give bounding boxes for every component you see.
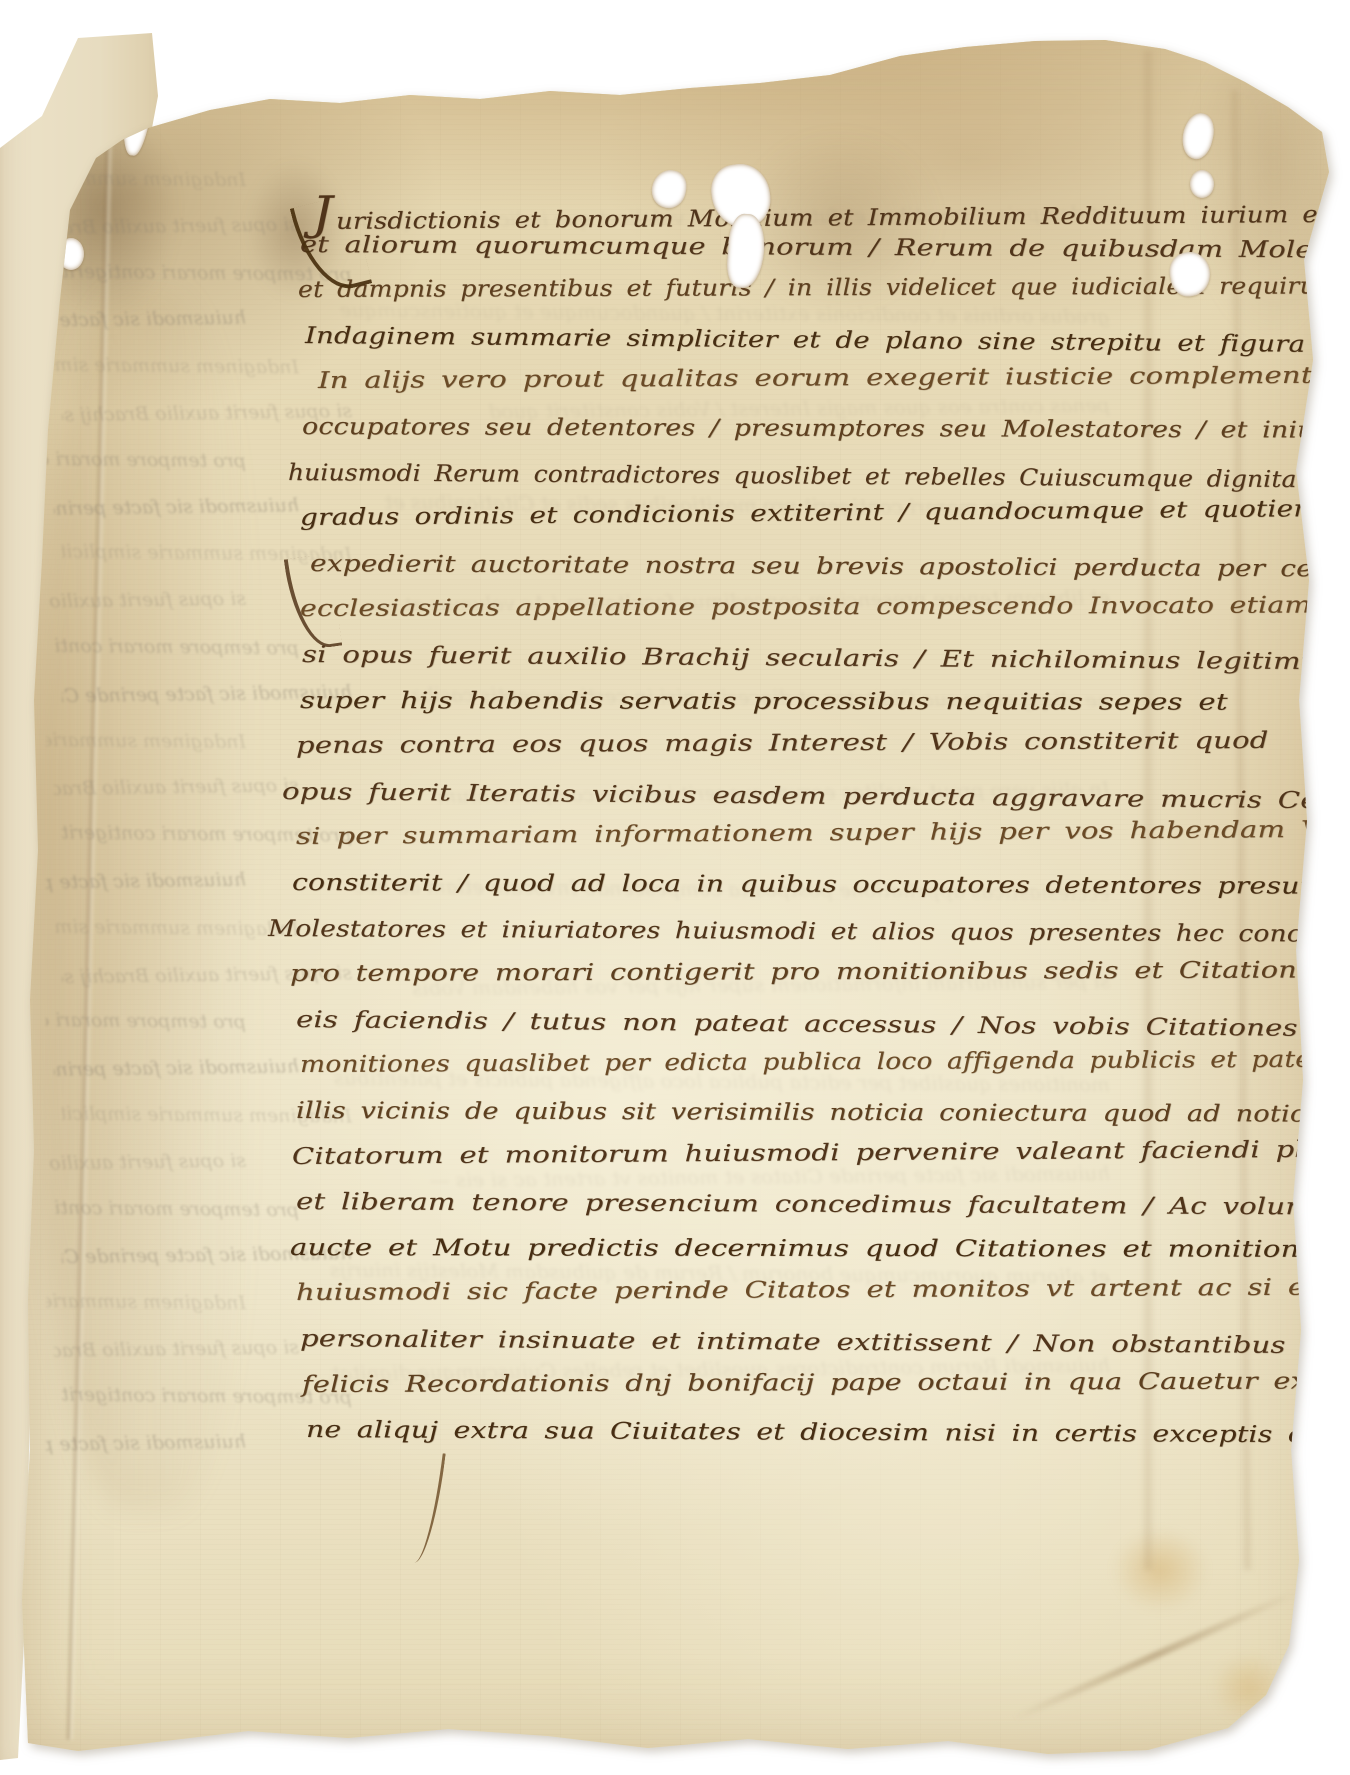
worm-hole-left-edge bbox=[58, 238, 84, 270]
manuscript-text-line: si per summariam informationem super hij… bbox=[296, 817, 1350, 851]
tear-gap-top-left bbox=[118, 25, 162, 157]
bleedthrough-text-line: Indaginem summarie simpliciter et de pla… bbox=[46, 167, 246, 191]
manuscript-text-line: huiusmodi Rerum contradictores quoslibet… bbox=[288, 460, 1350, 494]
manuscript-text-line: Indaginem summarie simpliciter et de pla… bbox=[305, 323, 1350, 359]
page-shadow: Indaginem summarie simpliciter et de pla… bbox=[0, 0, 1350, 1775]
bleedthrough-text-line: si opus fuerit auxilio Brachij secularis… bbox=[54, 775, 299, 800]
bleedthrough-text-line: huiusmodi sic facte perinde Citatos et m… bbox=[54, 1055, 299, 1080]
manuscript-text-line: felicis Recordationis dnj bonifacij pape… bbox=[302, 1368, 1350, 1398]
bleedthrough-text-line: huiusmodi sic facte perinde Citatos et m… bbox=[46, 1430, 246, 1455]
manuscript-text-line: Citatorum et monitorum huiusmodi perveni… bbox=[292, 1136, 1350, 1170]
bleedthrough-text-line: si opus fuerit auxilio Brachij secularis… bbox=[46, 1149, 246, 1174]
manuscript-text-line: constiterit / quod ad loca in quibus occ… bbox=[292, 870, 1350, 900]
manuscript-page: Indaginem summarie simpliciter et de pla… bbox=[0, 0, 1350, 1775]
manuscript-text-line: expedierit auctoritate nostra seu brevis… bbox=[310, 551, 1350, 583]
bleedthrough-text-line: pro tempore morari contigerit pro moniti… bbox=[54, 635, 299, 660]
manuscript-text-line: illis vicinis de quibus sit verisimilis … bbox=[296, 1098, 1350, 1128]
stain-left-margin-wash bbox=[38, 290, 258, 1510]
bleedthrough-text-line: huiusmodi sic facte perinde Citatos et m… bbox=[46, 869, 246, 894]
bleedthrough-text-line: si opus fuerit auxilio Brachij secularis… bbox=[54, 1336, 299, 1361]
manuscript-text-line: monitiones quaslibet per edicta publica … bbox=[300, 1047, 1350, 1079]
stain-spot-bottom-right-2 bbox=[1212, 1652, 1286, 1724]
manuscript-text-line: Molestatores et iniuriatores huiusmodi e… bbox=[268, 916, 1350, 948]
bleedthrough-text-line: Indaginem summarie simpliciter et de pla… bbox=[46, 1290, 246, 1314]
scan-background: Indaginem summarie simpliciter et de pla… bbox=[0, 0, 1350, 1775]
bleedthrough-text-line: huiusmodi sic facte perinde Citatos et m… bbox=[46, 307, 246, 332]
manuscript-text-line: aucte et Motu predictis decernimus quod … bbox=[290, 1235, 1332, 1263]
manuscript-text-line: personaliter insinuate et intimate extit… bbox=[300, 1326, 1350, 1359]
bleedthrough-text-line: Indaginem summarie simpliciter et de pla… bbox=[46, 729, 246, 753]
fold-crease-left bbox=[66, 80, 115, 1740]
manuscript-text-line: super hijs habendis servatis processibus… bbox=[300, 688, 1228, 716]
bleedthrough-text-line: pro tempore morari contigerit pro moniti… bbox=[46, 448, 246, 472]
manuscript-text-line: eis faciendis / tutus non pateat accessu… bbox=[296, 1007, 1343, 1042]
manuscript-text-line: opus fuerit Iteratis vicibus easdem perd… bbox=[282, 779, 1350, 815]
stain-spot-bottom-right-1 bbox=[1112, 1528, 1208, 1612]
fold-crease-bottom-right bbox=[1012, 1589, 1298, 1721]
manuscript-text-line: gradus ordinis et condicionis extiterint… bbox=[300, 495, 1350, 531]
stain-smudge-top-left bbox=[28, 115, 178, 325]
bleedthrough-text-line: si opus fuerit auxilio Brachij secularis… bbox=[54, 213, 299, 238]
manuscript-text-line: occupatores seu detentores / presumptore… bbox=[302, 414, 1350, 444]
bleedthrough-text-line: Indaginem summarie simpliciter et de pla… bbox=[54, 916, 299, 941]
worm-hole-right-2 bbox=[1190, 170, 1214, 198]
bleedthrough-text-line: huiusmodi sic facte perinde Citatos et m… bbox=[54, 494, 299, 519]
bleedthrough-text-line: si opus fuerit auxilio Brachij secularis… bbox=[46, 588, 246, 613]
bleedthrough-text-line: pro tempore morari contigerit pro moniti… bbox=[54, 1196, 299, 1221]
manuscript-text-line: si opus fuerit auxilio Brachij secularis… bbox=[302, 642, 1326, 675]
manuscript-text-line: pro tempore morari contigerit pro moniti… bbox=[290, 957, 1350, 987]
manuscript-text-line: penas contra eos quos magis Interest / V… bbox=[296, 728, 1269, 759]
bleedthrough-text-line: Indaginem summarie simpliciter et de pla… bbox=[54, 354, 299, 379]
ink-descender-stroke bbox=[413, 1451, 446, 1564]
bleedthrough-text-line: Indaginem summarie simpliciter et de pla… bbox=[62, 541, 352, 566]
manuscript-text-line: huiusmodi sic facte perinde Citatos et m… bbox=[296, 1275, 1350, 1307]
manuscript-text-line: In alijs vero prout qualitas eorum exege… bbox=[318, 363, 1350, 394]
manuscript-text-line: et liberam tenore presencium concedimus … bbox=[296, 1189, 1350, 1221]
worm-hole-right-1 bbox=[1178, 110, 1218, 162]
manuscript-text-line: ne aliquj extra sua Ciuitates et diocesi… bbox=[306, 1417, 1350, 1449]
manuscript-text-line: ecclesiasticas appellatione postposita c… bbox=[300, 592, 1350, 622]
tear-gap-left-edge bbox=[9, 132, 49, 195]
bleedthrough-text-line: pro tempore morari contigerit pro moniti… bbox=[46, 1009, 246, 1033]
